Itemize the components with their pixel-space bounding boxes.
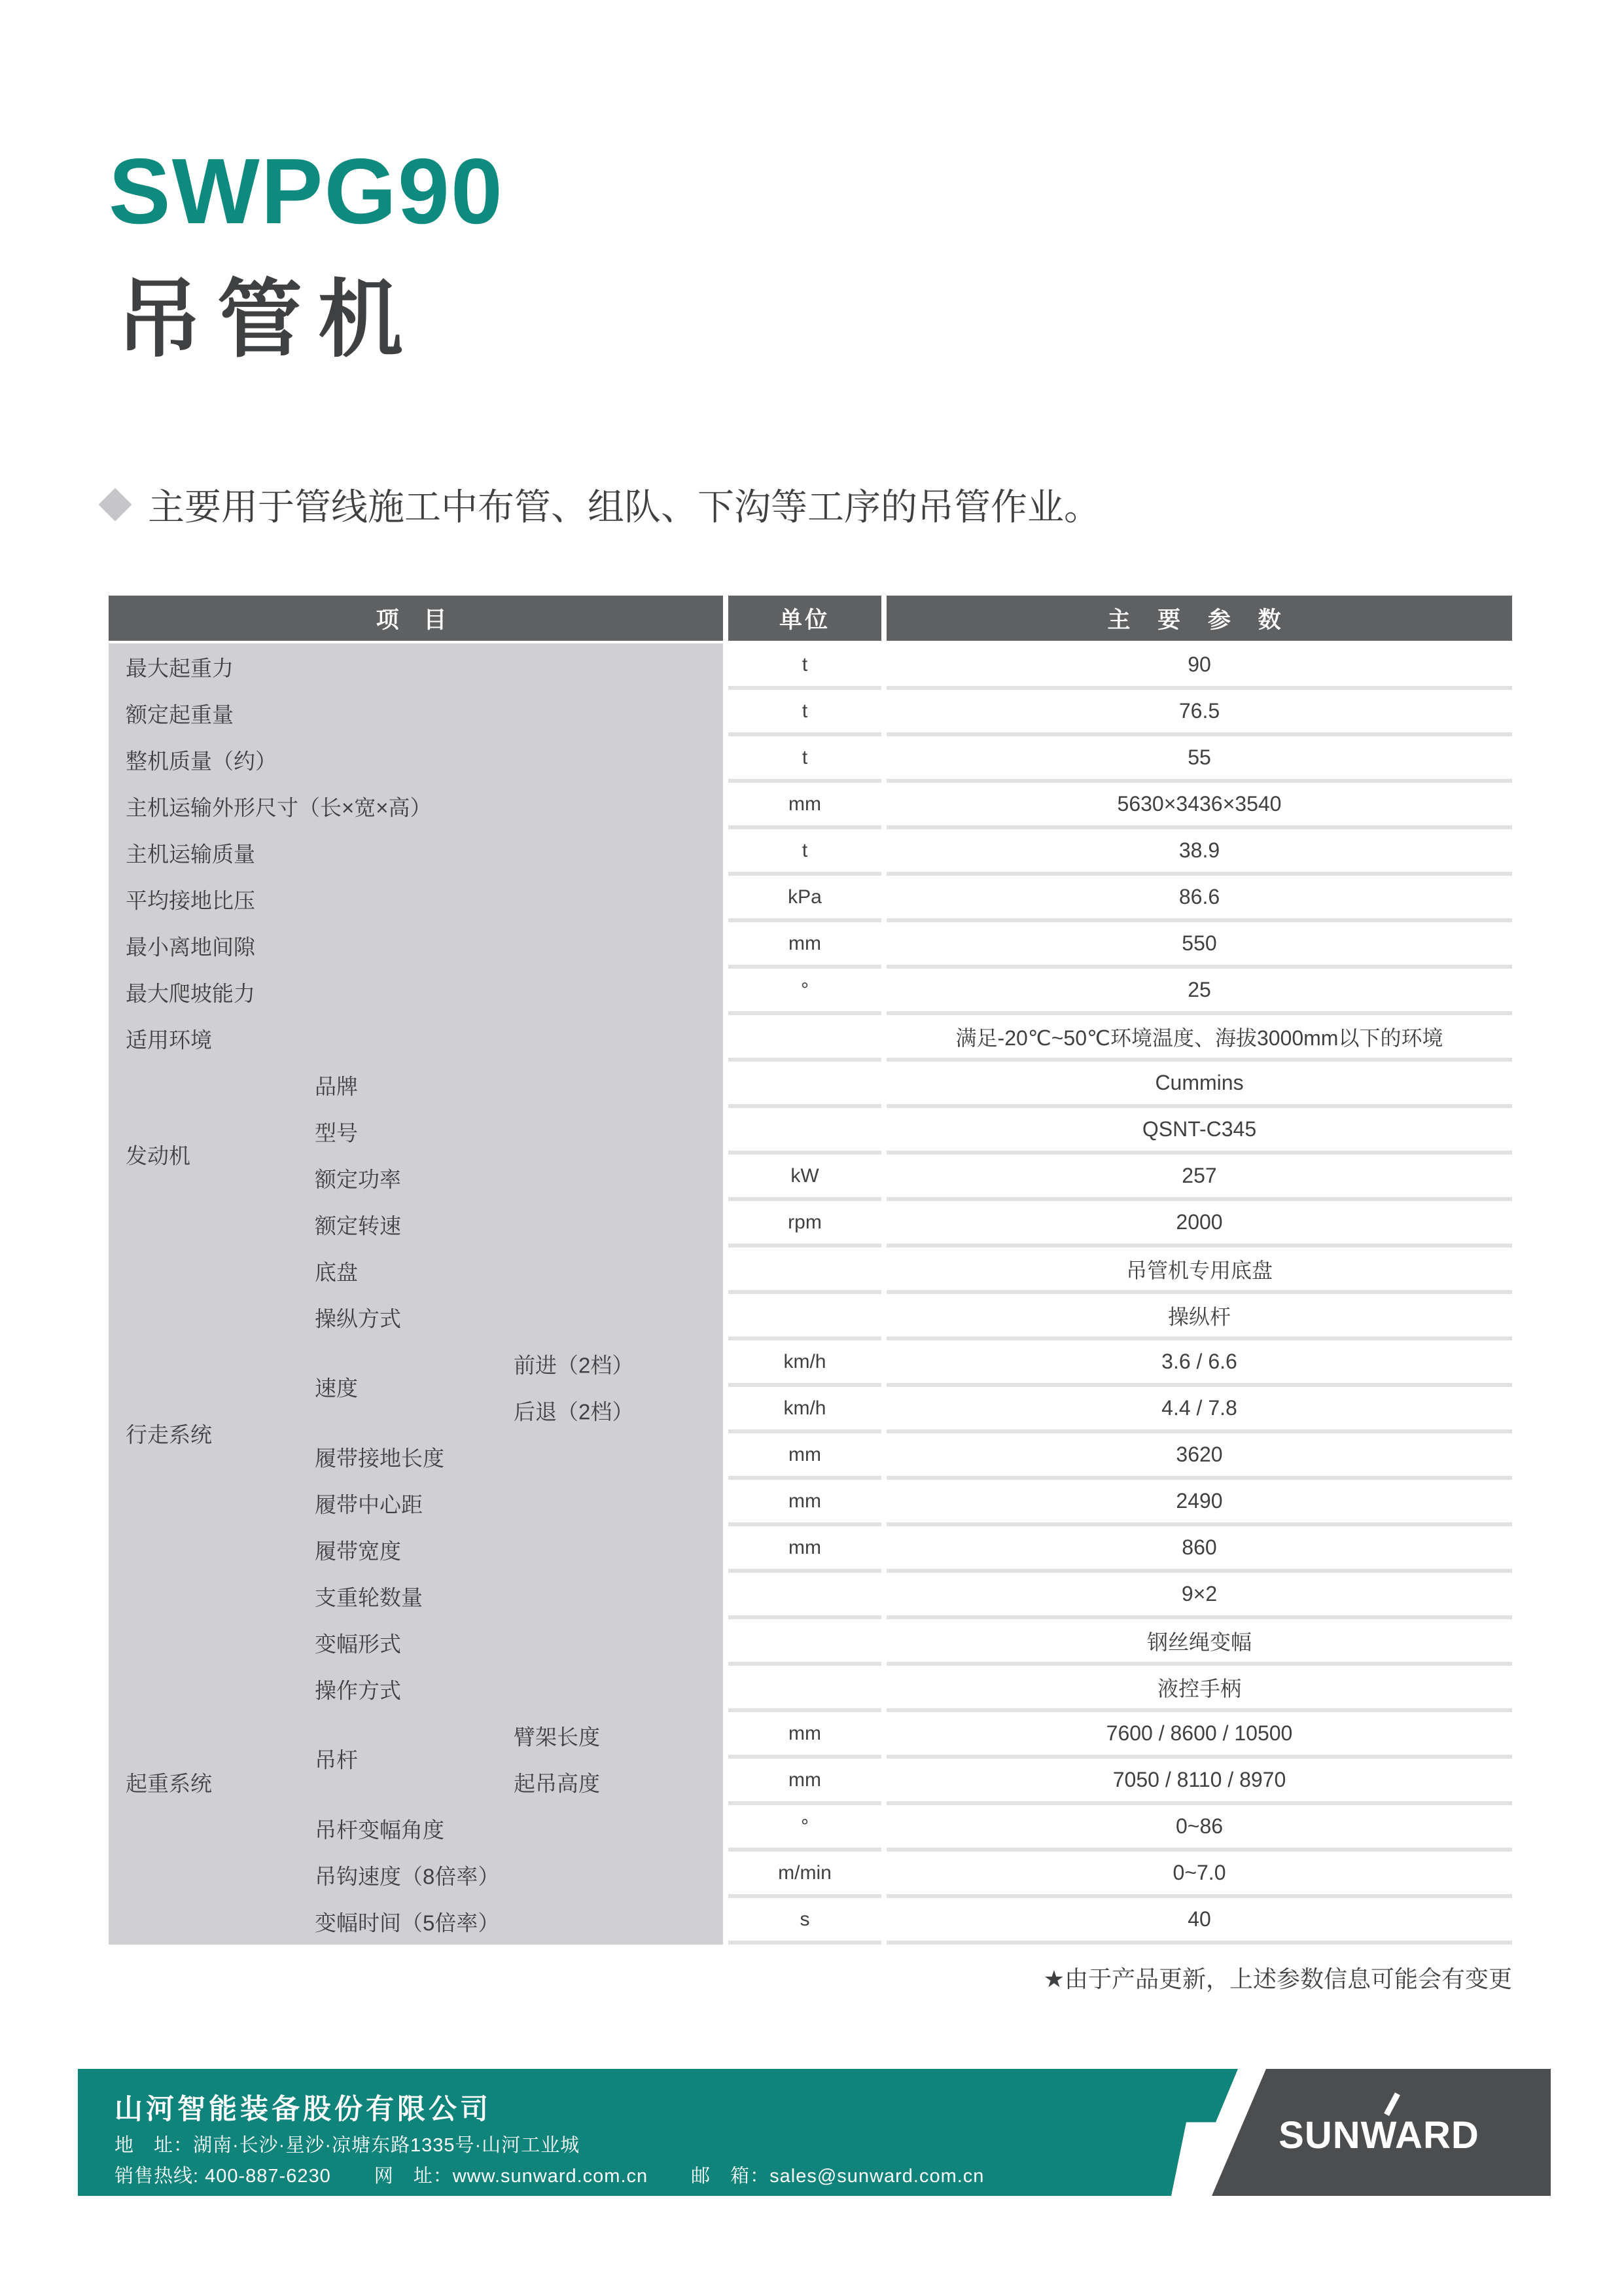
- table-row: km/h4.4 / 7.8: [723, 1387, 1512, 1433]
- column-gap: [723, 1062, 728, 1108]
- column-gap: [881, 1759, 887, 1805]
- table-header-row: 项 目 单位 主 要 参 数: [109, 596, 1512, 641]
- row-label: 额定起重量: [126, 698, 234, 728]
- column-gap: [723, 1666, 728, 1712]
- company-address: 地 址：湖南·长沙·星沙·凉塘东路1335号·山河工业城: [115, 2130, 580, 2157]
- value-cell: 2490: [887, 1480, 1512, 1526]
- unit-cell: mm: [728, 922, 881, 969]
- column-gap: [723, 1759, 728, 1805]
- column-gap: [723, 1015, 728, 1062]
- column-gap: [881, 829, 887, 876]
- table-row: t90: [723, 643, 1512, 690]
- table-row: t76.5: [723, 690, 1512, 736]
- column-gap: [723, 736, 728, 783]
- value-cell: 3.6 / 6.6: [887, 1340, 1512, 1387]
- row-label: 臂架长度: [514, 1720, 600, 1751]
- table-row: mm550: [723, 922, 1512, 969]
- table-row: t38.9: [723, 829, 1512, 876]
- column-gap: [723, 643, 728, 690]
- row-label: 平均接地比压: [126, 884, 255, 914]
- value-cell: 25: [887, 969, 1512, 1015]
- unit-cell: kW: [728, 1155, 881, 1201]
- unit-cell: kPa: [728, 876, 881, 922]
- row-group-label: 起重系统: [126, 1767, 212, 1797]
- table-row: mm860: [723, 1526, 1512, 1573]
- value-cell: 4.4 / 7.8: [887, 1387, 1512, 1433]
- column-gap: [723, 1433, 728, 1480]
- column-gap: [881, 876, 887, 922]
- footer-bar: 山河智能装备股份有限公司 地 址：湖南·长沙·星沙·凉塘东路1335号·山河工业…: [78, 2069, 1256, 2196]
- value-cell: 860: [887, 1526, 1512, 1573]
- column-gap: [881, 690, 887, 736]
- table-row: t55: [723, 736, 1512, 783]
- column-gap: [723, 1108, 728, 1155]
- value-cell: 0~7.0: [887, 1852, 1512, 1898]
- table-row: 钢丝绳变幅: [723, 1619, 1512, 1666]
- unit-cell: km/h: [728, 1387, 881, 1433]
- row-label: 变幅时间（5倍率）: [315, 1906, 499, 1937]
- column-gap: [881, 1573, 887, 1619]
- unit-cell: mm: [728, 783, 881, 829]
- row-label: 履带接地长度: [315, 1441, 444, 1472]
- column-gap: [723, 1619, 728, 1666]
- table-row: 操纵杆: [723, 1294, 1512, 1340]
- spec-table: 项 目 单位 主 要 参 数 最大起重力额定起重量整机质量（约）主机运输外形尺寸…: [109, 596, 1512, 1945]
- unit-cell: [728, 1015, 881, 1062]
- website-url: 网 址：www.sunward.com.cn: [374, 2161, 648, 2188]
- unit-cell: °: [728, 1805, 881, 1852]
- table-row: 9×2: [723, 1573, 1512, 1619]
- column-gap: [881, 1062, 887, 1108]
- table-row: 满足-20℃~50℃环境温度、海拔3000mm以下的环境: [723, 1015, 1512, 1062]
- column-gap: [881, 1433, 887, 1480]
- sunward-logo: SUNWARD: [1279, 2113, 1479, 2157]
- column-gap: [881, 1712, 887, 1759]
- spec-sheet-page: { "page": { "model": "SWPG90", "product"…: [0, 0, 1624, 2296]
- value-cell: 7050 / 8110 / 8970: [887, 1759, 1512, 1805]
- row-label: 前进（2档）: [514, 1348, 633, 1379]
- unit-cell: mm: [728, 1433, 881, 1480]
- column-gap: [881, 1108, 887, 1155]
- value-cell: 吊管机专用底盘: [887, 1247, 1512, 1294]
- table-row: km/h3.6 / 6.6: [723, 1340, 1512, 1387]
- column-gap: [881, 596, 887, 641]
- disclaimer-note: ★由于产品更新，上述参数信息可能会有变更: [1044, 1961, 1512, 1994]
- table-row: QSNT-C345: [723, 1108, 1512, 1155]
- column-gap: [881, 1526, 887, 1573]
- page-title-product: 吊管机: [116, 275, 419, 365]
- column-gap: [723, 876, 728, 922]
- value-cell: 满足-20℃~50℃环境温度、海拔3000mm以下的环境: [887, 1015, 1512, 1062]
- table-row: rpm2000: [723, 1201, 1512, 1247]
- unit-cell: [728, 1666, 881, 1712]
- value-cell: 钢丝绳变幅: [887, 1619, 1512, 1666]
- row-label: 最大起重力: [126, 651, 234, 682]
- row-group-label: 速度: [315, 1372, 358, 1403]
- column-gap: [723, 1201, 728, 1247]
- unit-cell: mm: [728, 1480, 881, 1526]
- row-label: 最大爬坡能力: [126, 977, 255, 1007]
- value-cell: 55: [887, 736, 1512, 783]
- value-cell: 86.6: [887, 876, 1512, 922]
- sunward-logo-block: SUNWARD: [1207, 2069, 1551, 2196]
- row-label: 额定转速: [315, 1209, 401, 1240]
- column-gap: [723, 969, 728, 1015]
- column-gap: [881, 922, 887, 969]
- unit-cell: t: [728, 690, 881, 736]
- email-address: 邮 箱：sales@sunward.com.cn: [691, 2161, 984, 2188]
- row-label: 变幅形式: [315, 1627, 401, 1658]
- column-gap: [881, 1155, 887, 1201]
- column-gap: [881, 1015, 887, 1062]
- column-gap: [723, 1852, 728, 1898]
- value-cell: 76.5: [887, 690, 1512, 736]
- column-gap: [881, 783, 887, 829]
- item-panel: 最大起重力额定起重量整机质量（约）主机运输外形尺寸（长×宽×高）主机运输质量平均…: [109, 643, 723, 1945]
- column-gap: [723, 1526, 728, 1573]
- diamond-bullet-icon: [99, 488, 132, 522]
- table-row: mm7600 / 8600 / 10500: [723, 1712, 1512, 1759]
- value-cell: 5630×3436×3540: [887, 783, 1512, 829]
- column-gap: [723, 1573, 728, 1619]
- row-label: 品牌: [315, 1069, 358, 1100]
- value-cell: 38.9: [887, 829, 1512, 876]
- column-gap: [723, 1898, 728, 1945]
- column-gap: [881, 1852, 887, 1898]
- value-cell: 40: [887, 1898, 1512, 1945]
- row-group-label: 吊杆: [315, 1744, 358, 1774]
- table-row: 液控手柄: [723, 1666, 1512, 1712]
- table-row: kPa86.6: [723, 876, 1512, 922]
- table-row: m/min0~7.0: [723, 1852, 1512, 1898]
- unit-cell: t: [728, 829, 881, 876]
- table-row: mm5630×3436×3540: [723, 783, 1512, 829]
- column-gap: [723, 1294, 728, 1340]
- column-gap: [881, 1247, 887, 1294]
- unit-cell: t: [728, 643, 881, 690]
- column-gap: [881, 643, 887, 690]
- unit-cell: mm: [728, 1712, 881, 1759]
- value-cell: 9×2: [887, 1573, 1512, 1619]
- unit-cell: [728, 1294, 881, 1340]
- row-label: 履带中心距: [315, 1488, 423, 1518]
- unit-cell: [728, 1247, 881, 1294]
- row-label: 起吊高度: [514, 1767, 600, 1797]
- column-gap: [881, 1340, 887, 1387]
- table-row: mm7050 / 8110 / 8970: [723, 1759, 1512, 1805]
- value-cell: QSNT-C345: [887, 1108, 1512, 1155]
- column-gap: [723, 596, 728, 641]
- column-gap: [723, 1340, 728, 1387]
- intro-text: 主要用于管线施工中布管、组队、下沟等工序的吊管作业。: [148, 478, 1101, 531]
- unit-cell: [728, 1108, 881, 1155]
- sales-hotline: 销售热线: 400-887-6230: [115, 2161, 331, 2188]
- unit-cell: [728, 1619, 881, 1666]
- column-gap: [881, 1201, 887, 1247]
- column-gap: [881, 736, 887, 783]
- table-row: °0~86: [723, 1805, 1512, 1852]
- table-row: mm2490: [723, 1480, 1512, 1526]
- row-label: 底盘: [315, 1255, 358, 1286]
- column-gap: [723, 1480, 728, 1526]
- column-gap: [881, 1666, 887, 1712]
- row-label: 履带宽度: [315, 1534, 401, 1565]
- value-cell: 液控手柄: [887, 1666, 1512, 1712]
- table-row: s40: [723, 1898, 1512, 1945]
- contact-line: 销售热线: 400-887-6230 网 址：www.sunward.com.c…: [115, 2161, 984, 2188]
- value-cell: 90: [887, 643, 1512, 690]
- column-gap: [723, 1247, 728, 1294]
- table-row: 吊管机专用底盘: [723, 1247, 1512, 1294]
- column-gap: [723, 1155, 728, 1201]
- column-gap: [723, 1387, 728, 1433]
- row-label: 最小离地间隙: [126, 930, 255, 961]
- column-gap: [881, 1898, 887, 1945]
- table-body: 最大起重力额定起重量整机质量（约）主机运输外形尺寸（长×宽×高）主机运输质量平均…: [109, 643, 1512, 1945]
- unit-cell: mm: [728, 1526, 881, 1573]
- table-row: kW257: [723, 1155, 1512, 1201]
- value-cell: 操纵杆: [887, 1294, 1512, 1340]
- column-gap: [881, 1619, 887, 1666]
- row-label: 操作方式: [315, 1674, 401, 1704]
- column-gap: [723, 690, 728, 736]
- row-label: 适用环境: [126, 1023, 212, 1054]
- table-row: Cummins: [723, 1062, 1512, 1108]
- column-gap: [723, 1712, 728, 1759]
- unit-cell: [728, 1573, 881, 1619]
- row-label: 操纵方式: [315, 1302, 401, 1333]
- table-row: °25: [723, 969, 1512, 1015]
- table-row: mm3620: [723, 1433, 1512, 1480]
- value-cell: 550: [887, 922, 1512, 969]
- column-gap: [723, 922, 728, 969]
- row-label: 主机运输质量: [126, 837, 255, 868]
- row-label: 整机质量（约）: [126, 744, 277, 775]
- row-group-label: 发动机: [126, 1139, 190, 1170]
- unit-cell: m/min: [728, 1852, 881, 1898]
- row-label: 主机运输外形尺寸（长×宽×高）: [126, 791, 432, 821]
- column-gap: [723, 783, 728, 829]
- value-cell: Cummins: [887, 1062, 1512, 1108]
- unit-cell: km/h: [728, 1340, 881, 1387]
- column-gap: [881, 969, 887, 1015]
- column-gap: [723, 829, 728, 876]
- unit-cell: t: [728, 736, 881, 783]
- value-cell: 2000: [887, 1201, 1512, 1247]
- value-cell: 257: [887, 1155, 1512, 1201]
- column-gap: [881, 1387, 887, 1433]
- unit-cell: rpm: [728, 1201, 881, 1247]
- row-group-label: 行走系统: [126, 1418, 212, 1449]
- value-cell: 7600 / 8600 / 10500: [887, 1712, 1512, 1759]
- unit-cell: s: [728, 1898, 881, 1945]
- unit-cell: °: [728, 969, 881, 1015]
- row-label: 型号: [315, 1116, 358, 1147]
- row-label: 吊钩速度（8倍率）: [315, 1859, 499, 1890]
- value-cell: 0~86: [887, 1805, 1512, 1852]
- value-cell: 3620: [887, 1433, 1512, 1480]
- header-params: 主 要 参 数: [887, 596, 1512, 641]
- company-name: 山河智能装备股份有限公司: [115, 2087, 491, 2127]
- page-title-model: SWPG90: [109, 145, 504, 238]
- unit-cell: mm: [728, 1759, 881, 1805]
- header-item: 项 目: [109, 596, 723, 641]
- row-label: 吊杆变幅角度: [315, 1813, 444, 1844]
- unit-cell: [728, 1062, 881, 1108]
- row-label: 额定功率: [315, 1162, 401, 1193]
- column-gap: [723, 1805, 728, 1852]
- spec-rows: t90t76.5t55mm5630×3436×3540t38.9kPa86.6m…: [723, 643, 1512, 1945]
- row-label: 支重轮数量: [315, 1581, 423, 1611]
- column-gap: [881, 1805, 887, 1852]
- row-label: 后退（2档）: [514, 1395, 633, 1426]
- column-gap: [881, 1294, 887, 1340]
- intro-row: 主要用于管线施工中布管、组队、下沟等工序的吊管作业。: [103, 482, 1101, 528]
- column-gap: [881, 1480, 887, 1526]
- header-unit: 单位: [728, 596, 881, 641]
